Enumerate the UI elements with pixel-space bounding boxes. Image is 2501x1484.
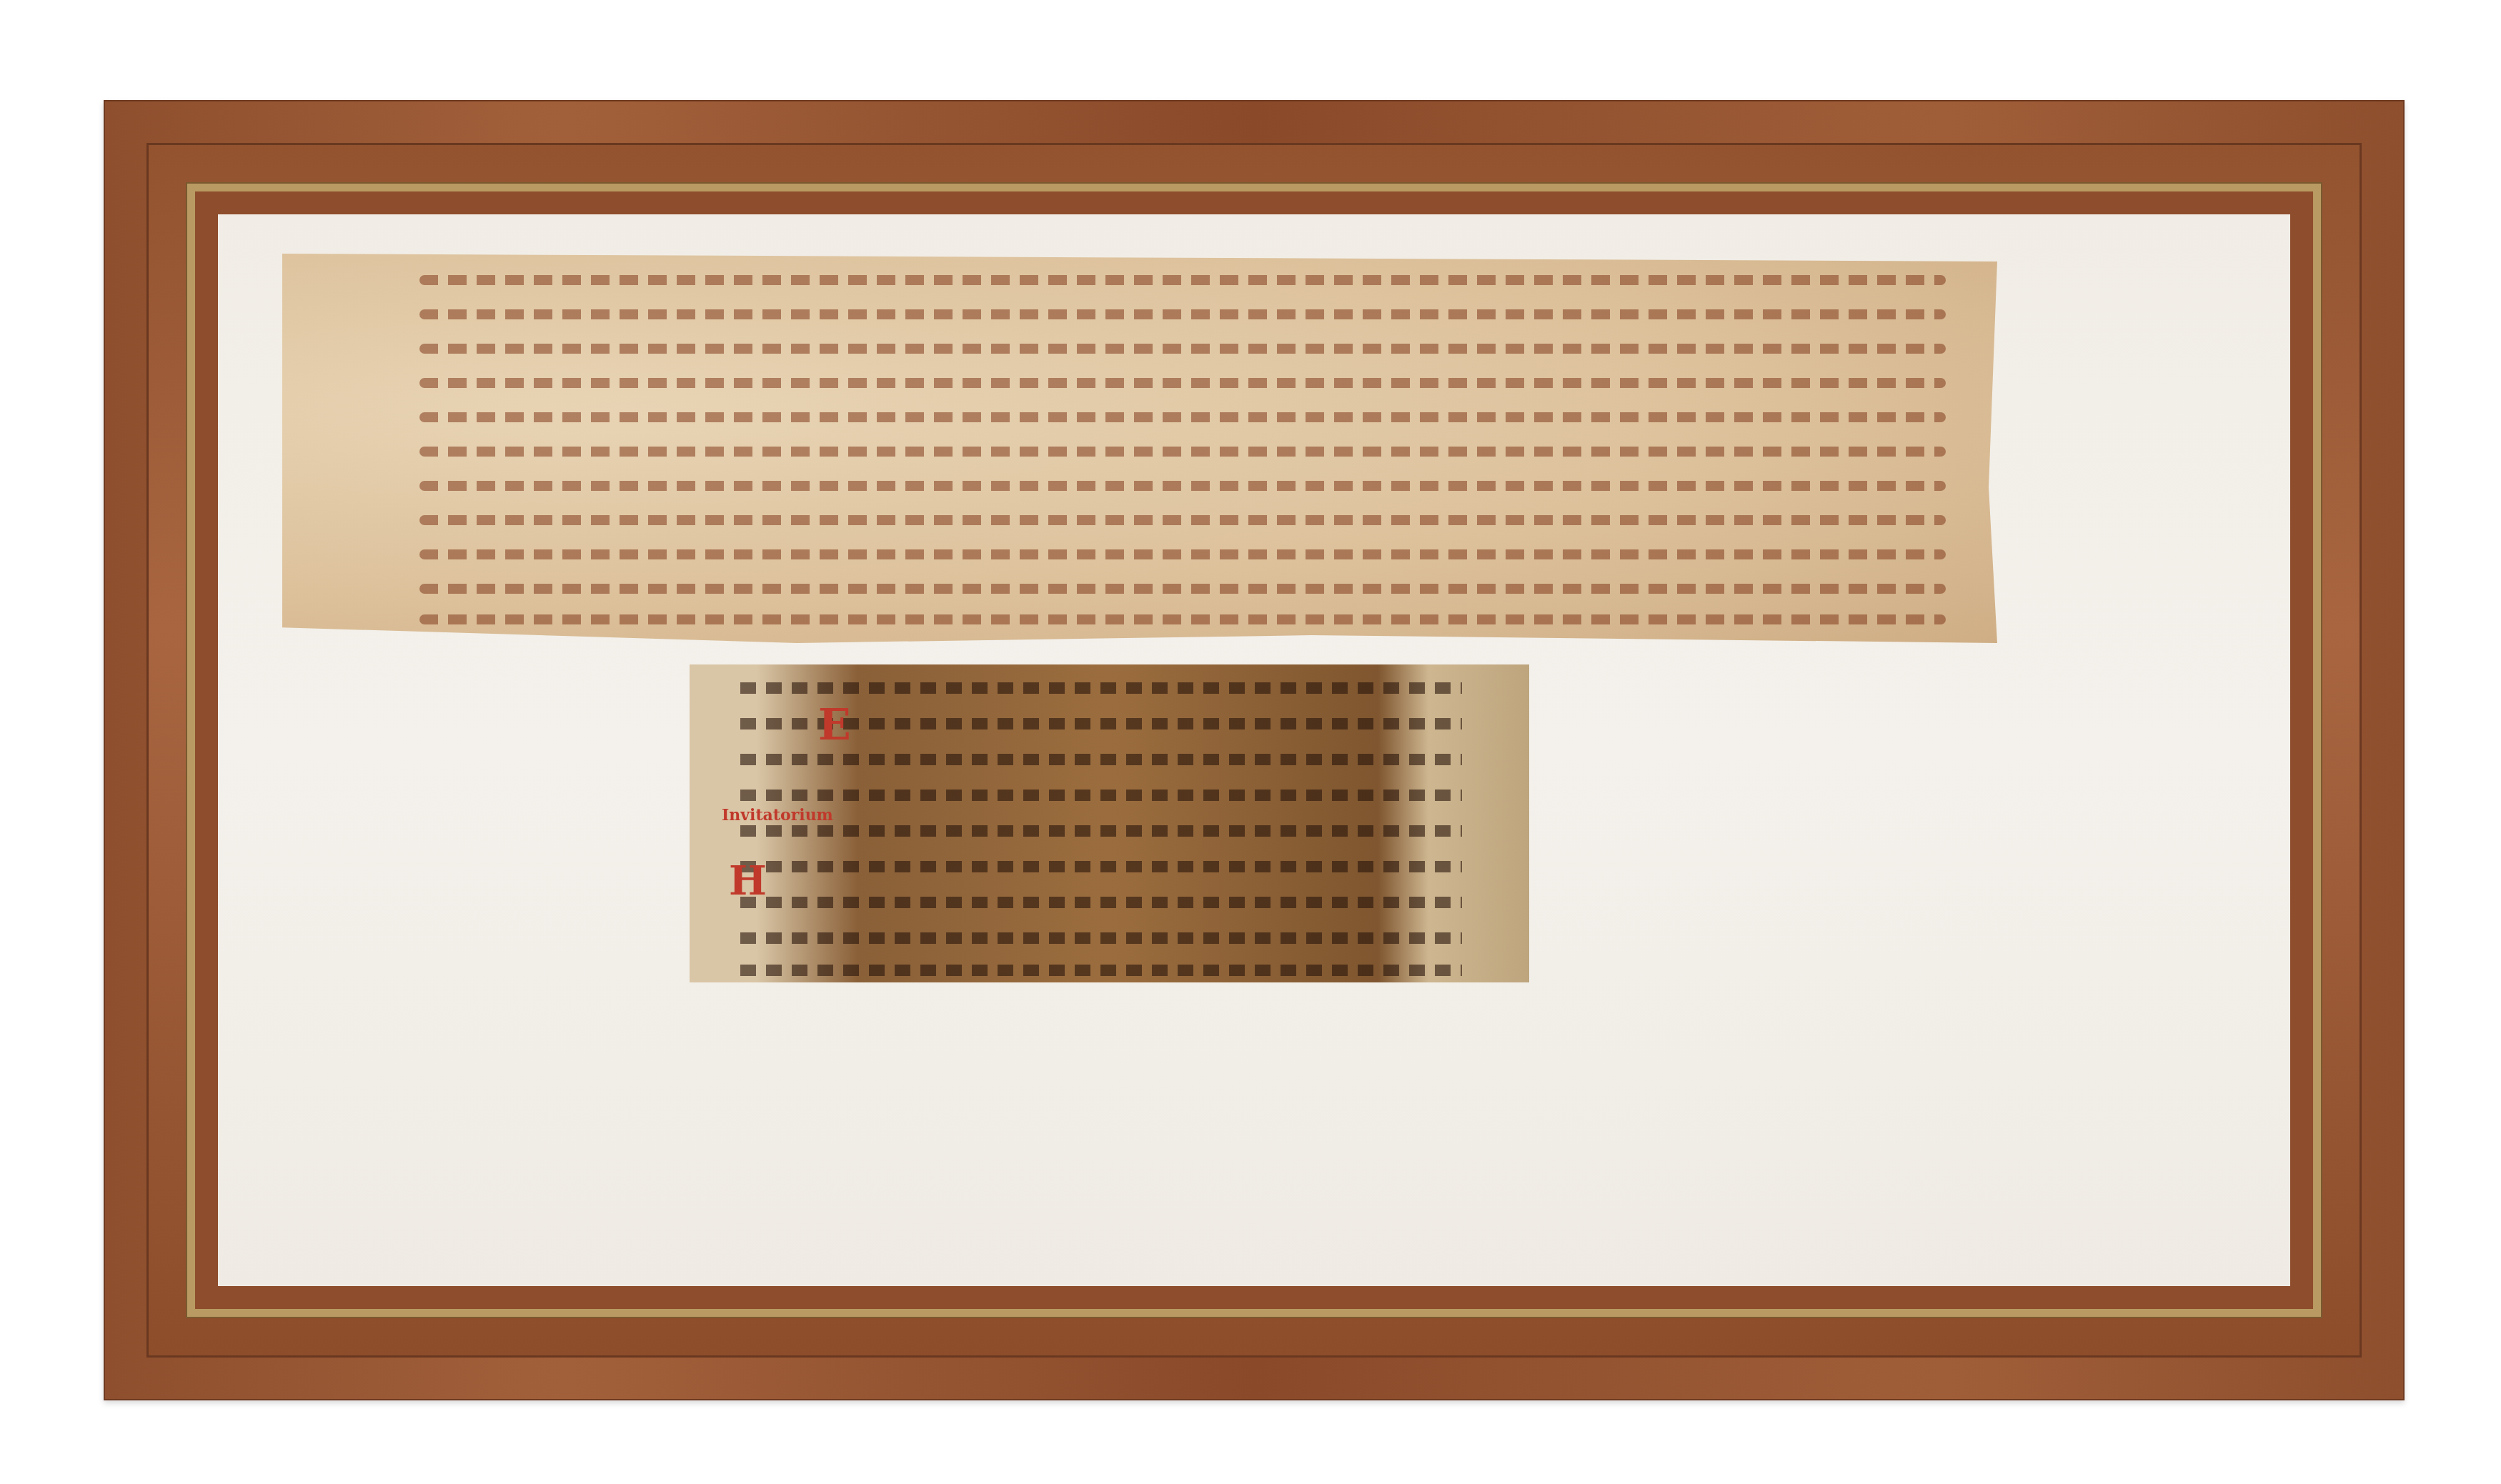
rubric: Invitatorium bbox=[722, 806, 833, 825]
initial-h: H bbox=[729, 857, 767, 905]
initial-e: E bbox=[818, 700, 851, 750]
charter-fragment: Cursive German charter fragment bbox=[282, 254, 1997, 643]
liturgical-fragment: Latin liturgical fragment with rubrics E… bbox=[690, 664, 1529, 982]
